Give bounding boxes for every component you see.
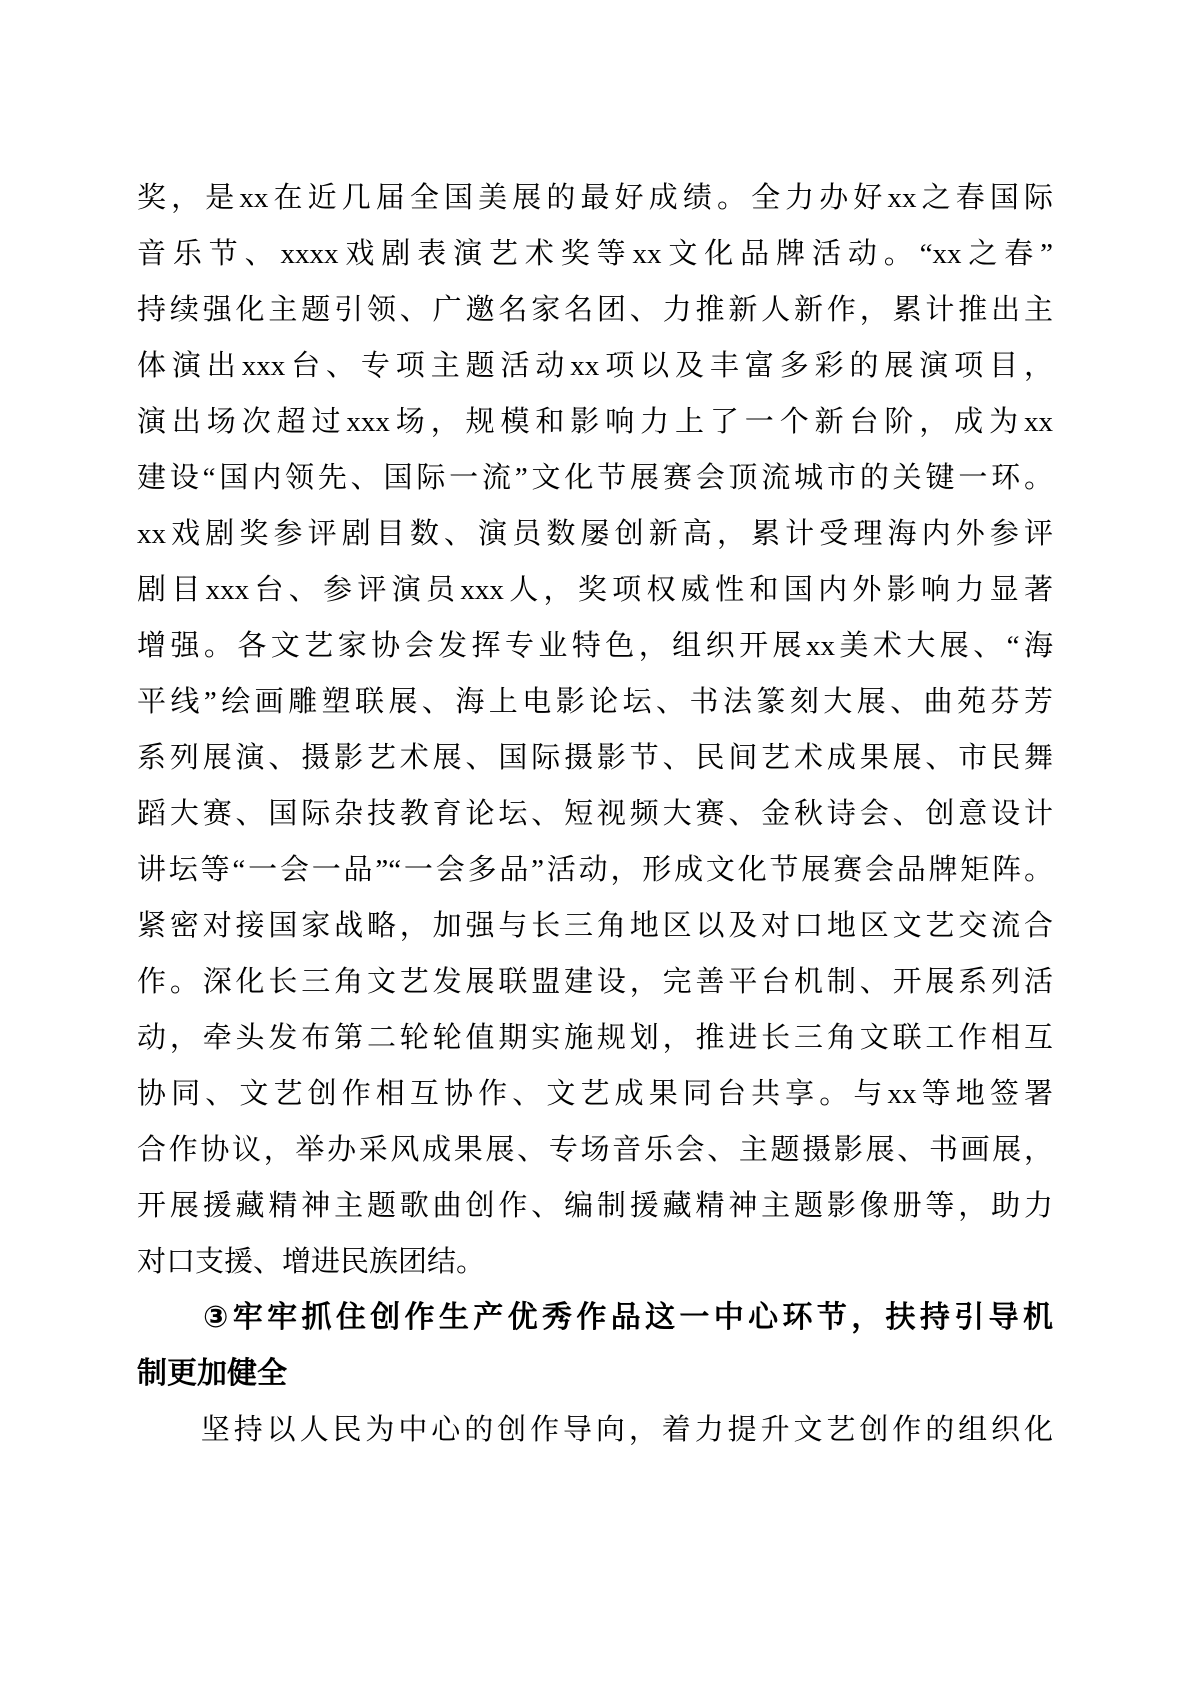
text-line: 对口支援、增进民族团结。: [137, 1234, 1053, 1290]
text-line: 紧密对接国家战略，加强与长三角地区以及对口地区文艺交流合: [137, 898, 1053, 954]
paragraph-continued: 奖，是xx在近几届全国美展的最好成绩。全力办好xx之春国际 音乐节、xxxx戏剧…: [137, 170, 1053, 1290]
text-line: 建设“国内领先、国际一流”文化节展赛会顶流城市的关键一环。: [137, 450, 1053, 506]
text-line: 动，牵头发布第二轮轮值期实施规划，推进长三角文联工作相互: [137, 1010, 1053, 1066]
text-line: 平线”绘画雕塑联展、海上电影论坛、书法篆刻大展、曲苑芬芳: [137, 674, 1053, 730]
text-line: 坚持以人民为中心的创作导向，着力提升文艺创作的组织化: [137, 1402, 1053, 1458]
text-line: 讲坛等“一会一品”“一会多品”活动，形成文化节展赛会品牌矩阵。: [137, 842, 1053, 898]
section-heading-line: 制更加健全: [137, 1346, 1053, 1402]
text-line: 音乐节、xxxx戏剧表演艺术奖等xx文化品牌活动。“xx之春”: [137, 226, 1053, 282]
text-line: 增强。各文艺家协会发挥专业特色，组织开展xx美术大展、“海: [137, 618, 1053, 674]
document-page: 奖，是xx在近几届全国美展的最好成绩。全力办好xx之春国际 音乐节、xxxx戏剧…: [0, 0, 1190, 1683]
document-body: 奖，是xx在近几届全国美展的最好成绩。全力办好xx之春国际 音乐节、xxxx戏剧…: [137, 170, 1053, 1458]
text-line: 合作协议，举办采风成果展、专场音乐会、主题摄影展、书画展，: [137, 1122, 1053, 1178]
text-line: 系列展演、摄影艺术展、国际摄影节、民间艺术成果展、市民舞: [137, 730, 1053, 786]
text-line: 协同、文艺创作相互协作、文艺成果同台共享。与xx等地签署: [137, 1066, 1053, 1122]
text-line: 蹈大赛、国际杂技教育论坛、短视频大赛、金秋诗会、创意设计: [137, 786, 1053, 842]
section-heading: ③牢牢抓住创作生产优秀作品这一中心环节，扶持引导机 制更加健全: [137, 1290, 1053, 1402]
paragraph-new: 坚持以人民为中心的创作导向，着力提升文艺创作的组织化: [137, 1402, 1053, 1458]
text-line: 奖，是xx在近几届全国美展的最好成绩。全力办好xx之春国际: [137, 170, 1053, 226]
text-line: 体演出xxx台、专项主题活动xx项以及丰富多彩的展演项目，: [137, 338, 1053, 394]
text-line: 持续强化主题引领、广邀名家名团、力推新人新作，累计推出主: [137, 282, 1053, 338]
text-line: xx戏剧奖参评剧目数、演员数屡创新高，累计受理海内外参评: [137, 506, 1053, 562]
section-heading-line: ③牢牢抓住创作生产优秀作品这一中心环节，扶持引导机: [137, 1290, 1053, 1346]
text-line: 演出场次超过xxx场，规模和影响力上了一个新台阶，成为xx: [137, 394, 1053, 450]
text-line: 剧目xxx台、参评演员xxx人，奖项权威性和国内外影响力显著: [137, 562, 1053, 618]
text-line: 作。深化长三角文艺发展联盟建设，完善平台机制、开展系列活: [137, 954, 1053, 1010]
text-line: 开展援藏精神主题歌曲创作、编制援藏精神主题影像册等，助力: [137, 1178, 1053, 1234]
